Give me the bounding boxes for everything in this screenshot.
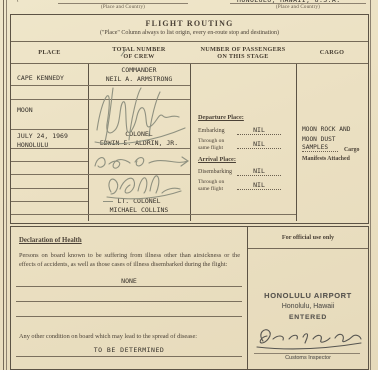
place-destination: JULY 24, 1969 HONOLULU — [17, 132, 68, 151]
arrival-write-line — [230, 3, 366, 4]
cargo-line1: MOON ROCK AND — [302, 126, 350, 133]
place-row-line — [11, 99, 88, 100]
health-line-2 — [16, 301, 242, 302]
disease-answer-line — [16, 356, 242, 357]
inspector-signature-line — [254, 353, 360, 354]
health-line-1 — [16, 286, 242, 287]
place-row-line — [11, 174, 88, 175]
stamp-airport: HONOLULU AIRPORT — [248, 291, 368, 300]
disembarking-label: Disembarking — [198, 169, 232, 175]
cargo-cell: MOON ROCK AND MOON DUST SAMPLES Cargo Ma… — [296, 64, 368, 221]
departure-write-line — [58, 3, 188, 4]
health-body-text: Persons on board known to be suffering f… — [19, 252, 240, 269]
departure-place-heading: Departure Place: — [198, 114, 244, 121]
page-edge-rule-left-inner — [6, 0, 7, 370]
col-header-crew: TOTAL NUMBER OF CREW — [88, 42, 190, 63]
stamp-entered: ENTERED — [248, 314, 368, 321]
place-stop: MOON — [17, 106, 33, 114]
place-origin: CAPE KENNEDY — [17, 74, 64, 82]
through2-label: Through on same flight — [198, 179, 224, 192]
cargo-line4: Manifests Attached — [302, 156, 350, 162]
flight-routing-subtitle: ("Place" Column always to list origin, e… — [11, 30, 368, 36]
official-heading-divider — [248, 248, 368, 249]
customs-inspector-label: Customs Inspector — [248, 355, 368, 361]
armstrong-signature — [93, 86, 189, 144]
through1-value: NIL — [237, 140, 281, 149]
arrival-place-heading: Arrival Place: — [198, 156, 236, 163]
departure-from-label: Departure from — [10, 0, 47, 2]
routing-table-body: CAPE KENNEDY MOON JULY 24, 1969 HONOLULU… — [11, 64, 368, 221]
flight-routing-title: FLIGHT ROUTING — [11, 19, 368, 28]
official-use-heading: For official use only — [248, 234, 368, 241]
crew-commander: COMMANDER NEIL A. ARMSTRONG — [88, 66, 190, 84]
col-header-passengers: NUMBER OF PASSENGERS ON THIS STAGE — [190, 42, 296, 63]
page-edge-rule-left-outer — [3, 0, 4, 370]
flight-routing-box: FLIGHT ROUTING ("Place" Column always to… — [10, 14, 369, 224]
through2-value: NIL — [237, 181, 281, 190]
place-row-line — [11, 201, 88, 202]
cargo-line3-value: SAMPLES — [302, 144, 338, 152]
passengers-cell: Departure Place: Embarking NIL Through o… — [190, 64, 296, 221]
inspector-signature — [253, 325, 363, 353]
cargo-line2: MOON DUST — [302, 136, 336, 143]
apollo11-customs-form: Departure from (Place and Country) Arriv… — [0, 0, 378, 370]
health-line-3 — [16, 316, 242, 317]
col-header-place: PLACE — [11, 42, 88, 63]
departure-place-country-caption: (Place and Country) — [58, 5, 188, 10]
pencil-dash — [103, 201, 113, 202]
page-edge-rule-right — [370, 0, 371, 370]
disembarking-value: NIL — [237, 167, 281, 176]
health-heading: Declaration of Health — [19, 237, 82, 244]
declaration-of-health-box: Declaration of Health Persons on board k… — [10, 226, 248, 370]
arrival-at-label: Arrival at — [196, 0, 219, 2]
place-row-line — [11, 161, 88, 162]
column-header-row: PLACE TOTAL NUMBER OF CREW NUMBER OF PAS… — [11, 42, 368, 63]
health-answer: NONE — [11, 277, 247, 285]
place-row-line — [11, 85, 88, 86]
official-use-box: For official use only HONOLULU AIRPORT H… — [247, 226, 369, 370]
embarking-value: NIL — [237, 126, 281, 135]
disease-answer: TO BE DETERMINED — [11, 346, 247, 354]
embarking-label: Embarking — [198, 128, 225, 134]
collins-signature — [103, 172, 183, 200]
top-strip: Departure from (Place and Country) Arriv… — [0, 0, 378, 14]
stamp-city: Honolulu, Hawaii — [248, 303, 368, 310]
place-row-line — [11, 188, 88, 189]
disease-label: Any other condition on board which may l… — [19, 333, 240, 340]
cargo-line3-note: Cargo — [344, 147, 359, 153]
through1-label: Through on same flight — [198, 138, 224, 151]
arrival-place-country-caption: (Place and Country) — [230, 5, 366, 10]
aldrin-signature — [91, 150, 191, 174]
col-header-cargo: CARGO — [296, 42, 368, 63]
place-row-line — [11, 129, 88, 130]
